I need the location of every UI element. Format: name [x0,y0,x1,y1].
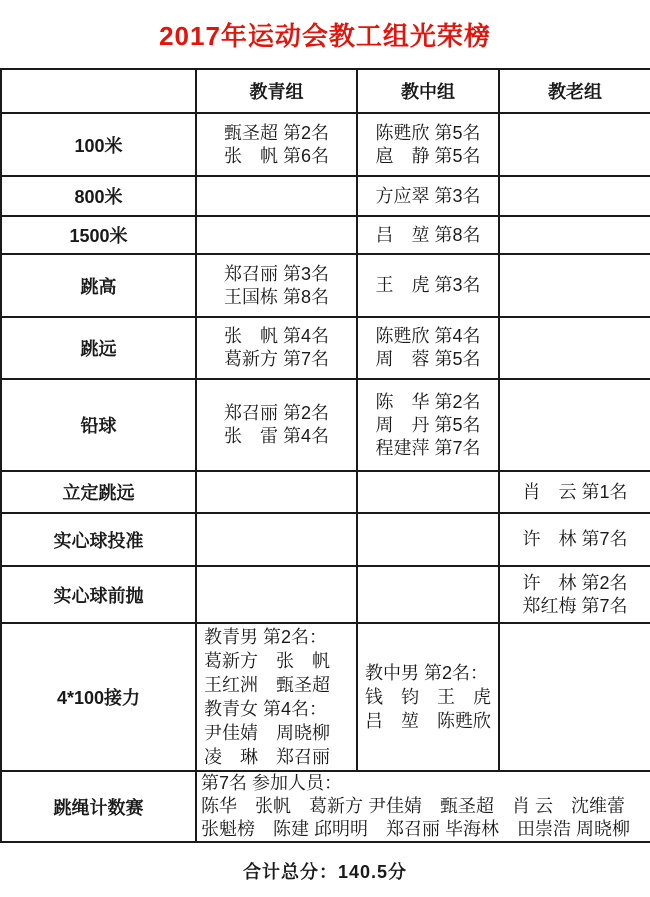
table-row: 1500米 吕 堃 第8名 [1,216,650,254]
header-lao-cell: 教老组 [499,69,650,113]
event-label: 铅球 [1,379,196,471]
qing-result-cell: 郑召丽 第2名 张 雷 第4名 [196,379,357,471]
honor-roll-page: 2017年运动会教工组光荣榜 教青组 教中组 教老组 100米 甄圣超 第2名 … [0,0,650,897]
result-text: 甄圣超 第2名 张 帆 第6名 [224,122,329,168]
event-label: 跳远 [1,317,196,379]
zhong-result-cell: 王 虎 第3名 [357,254,499,317]
qing-result-cell [196,176,357,216]
result-text: 张 帆 第4名 葛新方 第7名 [224,325,329,371]
lao-result-cell: 许 林 第2名 郑红梅 第7名 [499,566,650,623]
header-qing-cell: 教青组 [196,69,357,113]
lao-result-cell [499,176,650,216]
table-row: 跳高 郑召丽 第3名 王国栋 第8名 王 虎 第3名 [1,254,650,317]
table-row: 800米 方应翠 第3名 [1,176,650,216]
qing-result-cell [196,216,357,254]
header-zhong-cell: 教中组 [357,69,499,113]
zhong-result-cell [357,471,499,513]
result-text: 许 林 第2名 郑红梅 第7名 [522,572,627,618]
qing-result-cell: 郑召丽 第3名 王国栋 第8名 [196,254,357,317]
table-row: 实心球前抛 许 林 第2名 郑红梅 第7名 [1,566,650,623]
table-row: 跳绳计数赛 第7名 参加人员： 陈华 张帆 葛新方 尹佳婧 甄圣超 肖 云 沈维… [1,771,650,842]
qing-result-cell [196,513,357,566]
result-text: 郑召丽 第2名 张 雷 第4名 [224,402,329,448]
qing-result-cell: 张 帆 第4名 葛新方 第7名 [196,317,357,379]
page-title-bar: 2017年运动会教工组光荣榜 [0,0,650,68]
table-header-row: 教青组 教中组 教老组 [1,69,650,113]
table-row: 立定跳远 肖 云 第1名 [1,471,650,513]
total-score-text: 合计总分：140.5分 [243,858,407,884]
event-label: 100米 [1,113,196,176]
result-text: 郑召丽 第3名 王国栋 第8名 [224,263,329,309]
zhong-result-cell: 陈 华 第2名 周 丹 第5名 程建萍 第7名 [357,379,499,471]
table-row: 4*100接力 教青男 第2名： 葛新方 张 帆 王红洲 甄圣超 教青女 第4名… [1,623,650,771]
result-text: 教青男 第2名： 葛新方 张 帆 王红洲 甄圣超 教青女 第4名： 尹佳婧 周晓… [204,625,330,769]
event-label: 1500米 [1,216,196,254]
zhong-result-cell: 吕 堃 第8名 [357,216,499,254]
result-text: 吕 堃 第8名 [375,224,480,247]
lao-result-cell [499,254,650,317]
result-text: 陈甦欣 第4名 周 蓉 第5名 [375,325,480,371]
result-text: 第7名 参加人员： 陈华 张帆 葛新方 尹佳婧 甄圣超 肖 云 沈维蕾 张魁榜 … [201,772,630,841]
lao-result-cell: 肖 云 第1名 [499,471,650,513]
qing-result-cell [196,566,357,623]
zhong-result-cell [357,566,499,623]
qing-result-cell [196,471,357,513]
qing-result-cell: 教青男 第2名： 葛新方 张 帆 王红洲 甄圣超 教青女 第4名： 尹佳婧 周晓… [196,623,357,771]
honor-roll-table: 教青组 教中组 教老组 100米 甄圣超 第2名 张 帆 第6名 陈甦欣 第5名… [0,68,650,843]
zhong-result-cell: 陈甦欣 第4名 周 蓉 第5名 [357,317,499,379]
zhong-result-cell [357,513,499,566]
lao-result-cell [499,113,650,176]
total-score-bar: 合计总分：140.5分 [0,843,650,897]
table-row: 100米 甄圣超 第2名 张 帆 第6名 陈甦欣 第5名 扈 静 第5名 [1,113,650,176]
table-row: 实心球投准 许 林 第7名 [1,513,650,566]
event-label: 跳绳计数赛 [1,771,196,842]
lao-result-cell [499,379,650,471]
event-label: 800米 [1,176,196,216]
lao-result-cell [499,317,650,379]
jump-rope-result-cell: 第7名 参加人员： 陈华 张帆 葛新方 尹佳婧 甄圣超 肖 云 沈维蕾 张魁榜 … [196,771,650,842]
result-text: 陈甦欣 第5名 扈 静 第5名 [375,122,480,168]
page-title: 2017年运动会教工组光荣榜 [159,16,491,53]
zhong-result-cell: 方应翠 第3名 [357,176,499,216]
event-label: 实心球前抛 [1,566,196,623]
qing-result-cell: 甄圣超 第2名 张 帆 第6名 [196,113,357,176]
result-text: 教中男 第2名： 钱 钧 王 虎 吕 堃 陈甦欣 [365,661,491,733]
zhong-result-cell: 陈甦欣 第5名 扈 静 第5名 [357,113,499,176]
lao-result-cell: 许 林 第7名 [499,513,650,566]
event-label: 4*100接力 [1,623,196,771]
zhong-result-cell: 教中男 第2名： 钱 钧 王 虎 吕 堃 陈甦欣 [357,623,499,771]
result-text: 方应翠 第3名 [375,185,480,208]
table-row: 跳远 张 帆 第4名 葛新方 第7名 陈甦欣 第4名 周 蓉 第5名 [1,317,650,379]
result-text: 许 林 第7名 [522,528,627,551]
event-label: 跳高 [1,254,196,317]
lao-result-cell [499,623,650,771]
event-label: 实心球投准 [1,513,196,566]
header-corner-cell [1,69,196,113]
event-label: 立定跳远 [1,471,196,513]
table-row: 铅球 郑召丽 第2名 张 雷 第4名 陈 华 第2名 周 丹 第5名 程建萍 第… [1,379,650,471]
result-text: 陈 华 第2名 周 丹 第5名 程建萍 第7名 [375,391,480,460]
result-text: 王 虎 第3名 [375,274,480,297]
result-text: 肖 云 第1名 [522,481,627,504]
lao-result-cell [499,216,650,254]
